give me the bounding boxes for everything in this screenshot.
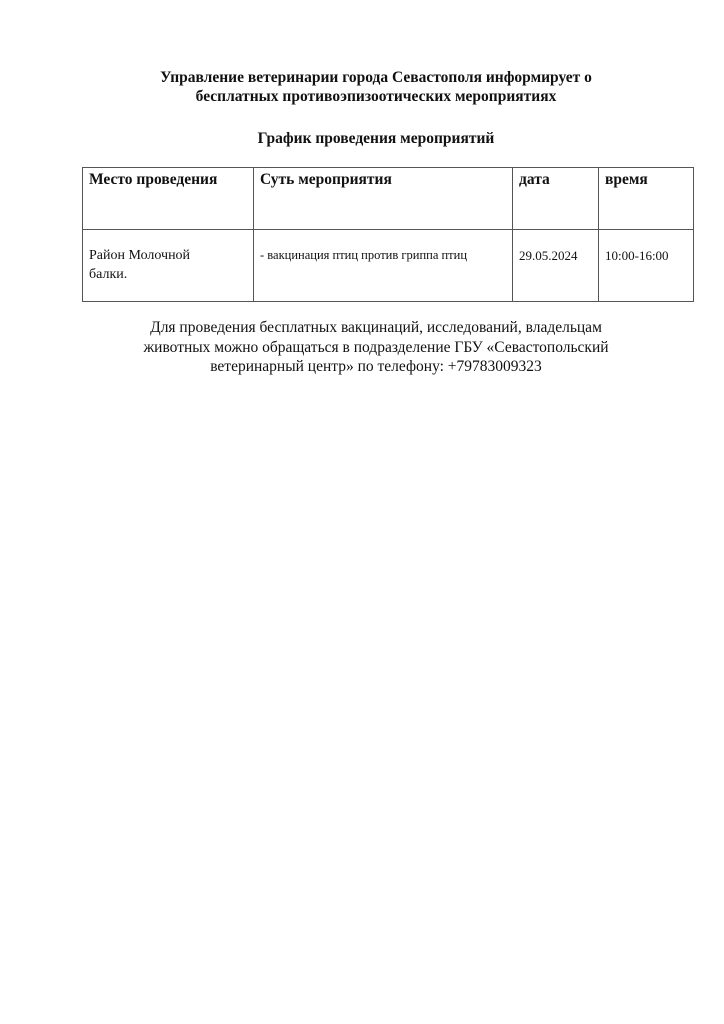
table-row: Район Молочной балки. - вакцинация птиц …	[83, 230, 694, 302]
document-page: Управление ветеринарии города Севастопол…	[0, 0, 724, 1024]
document-title: Управление ветеринарии города Севастопол…	[14, 68, 724, 106]
note-line-1: Для проведения бесплатных вакцинаций, ис…	[14, 318, 724, 338]
cell-date: 29.05.2024	[513, 230, 599, 302]
note-line-2: животных можно обращаться в подразделени…	[14, 338, 724, 358]
header-essence: Суть мероприятия	[254, 168, 513, 230]
cell-location: Район Молочной балки.	[83, 230, 254, 302]
title-line-1: Управление ветеринарии города Севастопол…	[14, 68, 724, 87]
location-line-1: Район Молочной	[89, 246, 247, 265]
header-date: дата	[513, 168, 599, 230]
cell-time: 10:00-16:00	[599, 230, 694, 302]
header-location: Место проведения	[83, 168, 254, 230]
cell-essence: - вакцинация птиц против гриппа птиц	[254, 230, 513, 302]
events-table: Место проведения Суть мероприятия дата в…	[82, 167, 694, 302]
header-time: время	[599, 168, 694, 230]
note-line-3: ветеринарный центр» по телефону: +797830…	[14, 357, 724, 377]
schedule-title: График проведения мероприятий	[14, 129, 724, 148]
contact-note: Для проведения бесплатных вакцинаций, ис…	[14, 318, 724, 377]
location-line-2: балки.	[89, 265, 247, 284]
table-header-row: Место проведения Суть мероприятия дата в…	[83, 168, 694, 230]
title-line-2: бесплатных противоэпизоотических меропри…	[14, 87, 724, 106]
